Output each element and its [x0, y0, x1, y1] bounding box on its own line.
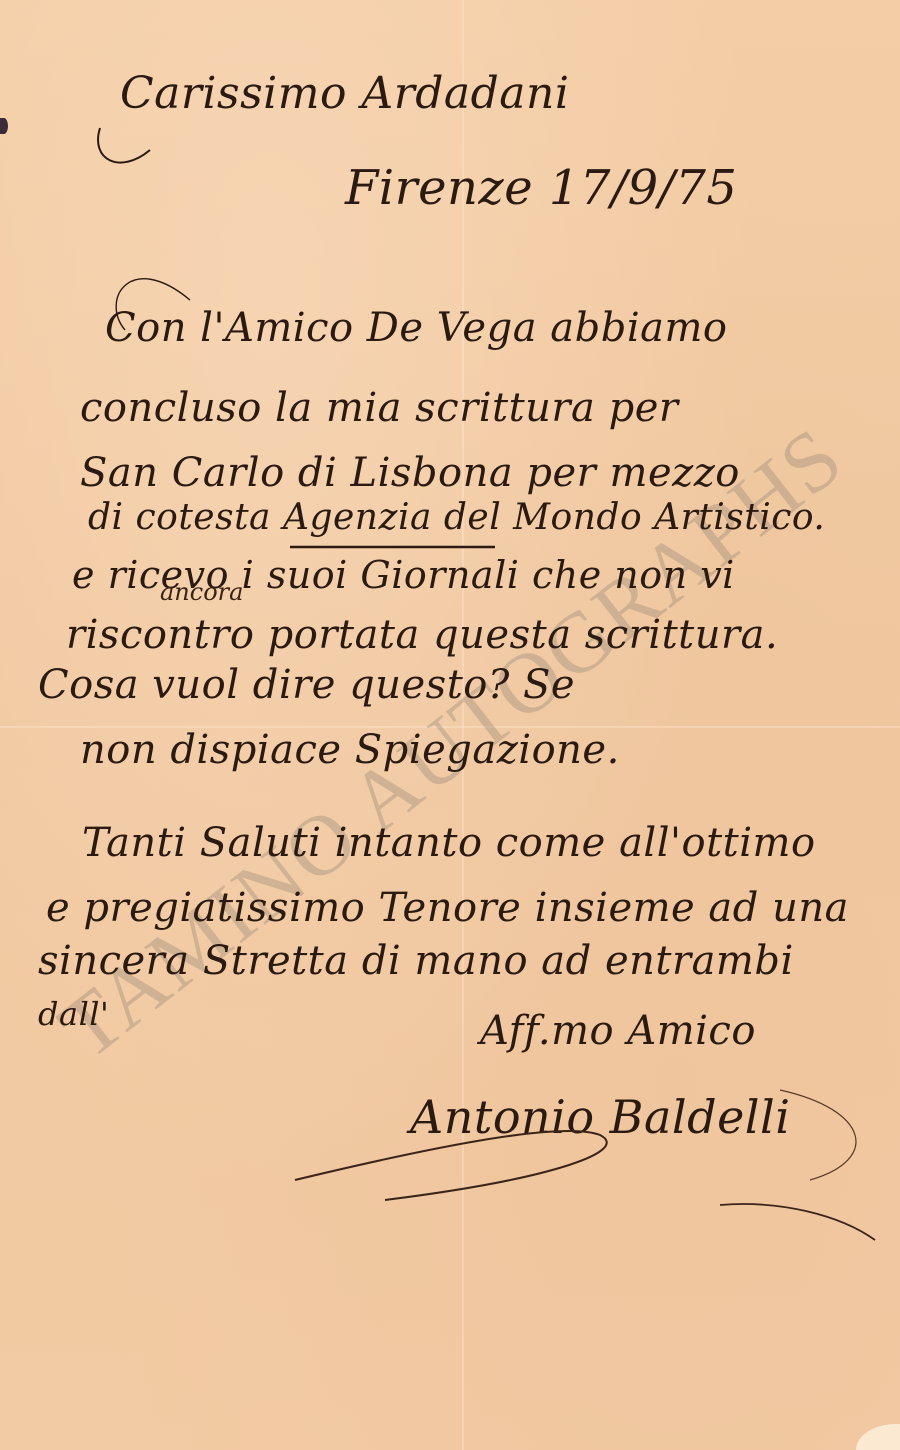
body-line-3: San Carlo di Lisbona per mezzo [80, 450, 740, 496]
body-line-9: Tanti Saluti intanto come all'ottimo [82, 820, 816, 866]
salutation: Carissimo Ardadani [120, 68, 569, 119]
body-line-11: sincera Stretta di mano ad entrambi [38, 938, 794, 984]
letter-page: TAMINO AUTOGRAPHS Carissimo Ardadani Fir… [0, 0, 900, 1450]
body-line-12: dall' [38, 995, 109, 1033]
body-line-6: riscontro portata questa scrittura. [66, 612, 778, 658]
body-line-8: non dispiace Spiegazione. [80, 727, 620, 773]
signature: Antonio Baldelli [410, 1090, 790, 1144]
closing: Aff.mo Amico [480, 1008, 756, 1054]
torn-corner [856, 1424, 900, 1450]
body-line-4: di cotesta Agenzia del Mondo Artistico. [88, 497, 825, 538]
body-line-2: concluso la mia scrittura per [80, 385, 679, 431]
body-line-1: Con l'Amico De Vega abbiamo [105, 305, 727, 351]
body-line-10: e pregiatissimo Tenore insieme ad una [46, 885, 849, 931]
place-date: Firenze 17/9/75 [345, 160, 737, 216]
body-line-7: Cosa vuol dire questo? Se [38, 662, 575, 708]
ink-spot [0, 118, 8, 134]
interlinear-insertion: ancora [160, 578, 243, 606]
